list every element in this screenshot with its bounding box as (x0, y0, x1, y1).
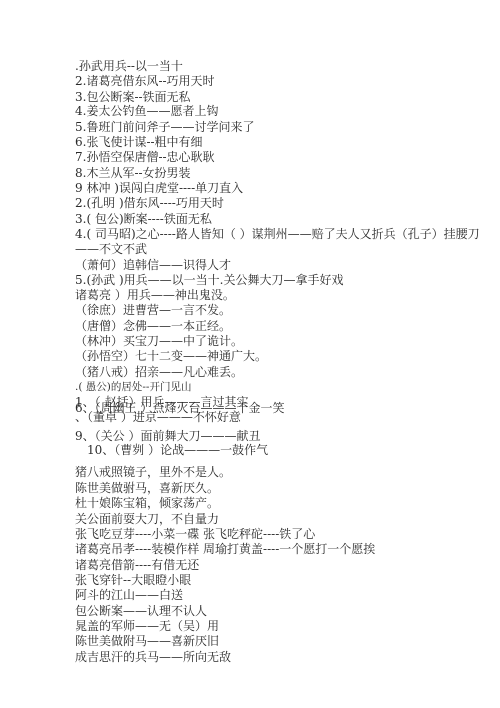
text-line: 5.鲁班门前问斧子——讨学问来了 (75, 120, 254, 135)
text-line: （萧何）追韩信——识得人才 (75, 258, 231, 273)
text-line: 诸葛亮 ）用兵——神出鬼没。 (75, 288, 235, 303)
text-line: 张飞吃豆芽----小菜一碟 张飞吃秤砣----铁了心 (75, 527, 315, 542)
text-line: 成吉思汗的兵马——所向无敌 (75, 650, 231, 665)
text-line: 6、（周幽王 ）点烽火台———千金一笑 (75, 401, 284, 416)
text-line: 5.(孙武 )用兵——以一当十.关公舞大刀—拿手好戏 (75, 273, 343, 288)
text-line: （孙悟空）七十二变——神通广大。 (75, 349, 267, 364)
text-line: 阿斗的江山——白送 (75, 588, 183, 603)
text-line: （猪八戒）招亲——凡心难丢。 (75, 365, 243, 380)
text-line: 8.木兰从军--女扮男装 (75, 166, 191, 181)
text-line: .孙武用兵--以一当十 (75, 59, 183, 74)
text-line: 张飞穿针--大眼瞪小眼 (75, 573, 191, 588)
text-line: 2.诸葛亮借东风--巧用天时 (75, 74, 215, 89)
text-line: （徐庶）进曹营—一言不发。 (75, 303, 231, 318)
text-line: 包公断案——认理不认人 (75, 604, 207, 619)
text-line: 9 林冲 )误闯白虎堂----单刀直入 (75, 181, 243, 196)
text-line: 诸葛亮吊孝----装模作样 周瑜打黄盖----一个愿打一个愿挨 (75, 542, 375, 557)
text-line: 4.( 司马昭)之心----路人皆知（ ）谋荆州——赔了夫人又折兵（孔子）挂腰刀 (75, 227, 480, 242)
text-line: 4.姜太公钓鱼——愿者上钩 (75, 104, 218, 119)
text-line: 3.包公断案--铁面无私 (75, 90, 191, 105)
text-line: 9、（关公 ）面前舞大刀———献丑 (75, 429, 260, 444)
text-line: 猪八戒照镜子，里外不是人。 (75, 465, 231, 480)
text-line: 陈世美做附马——喜新厌旧 (75, 634, 219, 649)
text-line: 杜十娘陈宝箱，倾家荡产。 (75, 496, 219, 511)
text-line: 关公面前耍大刀，不自量力 (75, 512, 219, 527)
text-line: （唐僧）念佛——一本正经。 (75, 319, 231, 334)
text-line: （林冲）买宝刀——中了诡计。 (75, 334, 243, 349)
text-line: 诸葛亮借箭----有借无还 (75, 558, 199, 573)
text-line: ——不文不武 (75, 242, 147, 257)
text-line: 7.孙悟空保唐僧--忠心耿耿 (75, 150, 215, 165)
text-line: 陈世美做驸马，喜新厌久。 (75, 481, 219, 496)
text-line: 晁盖的军师——无（吴）用 (75, 619, 219, 634)
text-line: .( 愚公)的居处--开门见山 (75, 380, 191, 395)
text-line: 2.(孔明 )借东风----巧用天时 (75, 196, 224, 211)
text-line: 3.( 包公)断案----铁面无私 (75, 212, 212, 227)
text-line: 6.张飞使计谋--粗中有细 (75, 135, 203, 150)
text-line: 10、（曹刿 ）论战———一鼓作气 (87, 443, 268, 458)
document-page: .孙武用兵--以一当十2.诸葛亮借东风--巧用天时3.包公断案--铁面无私4.姜… (0, 0, 500, 708)
